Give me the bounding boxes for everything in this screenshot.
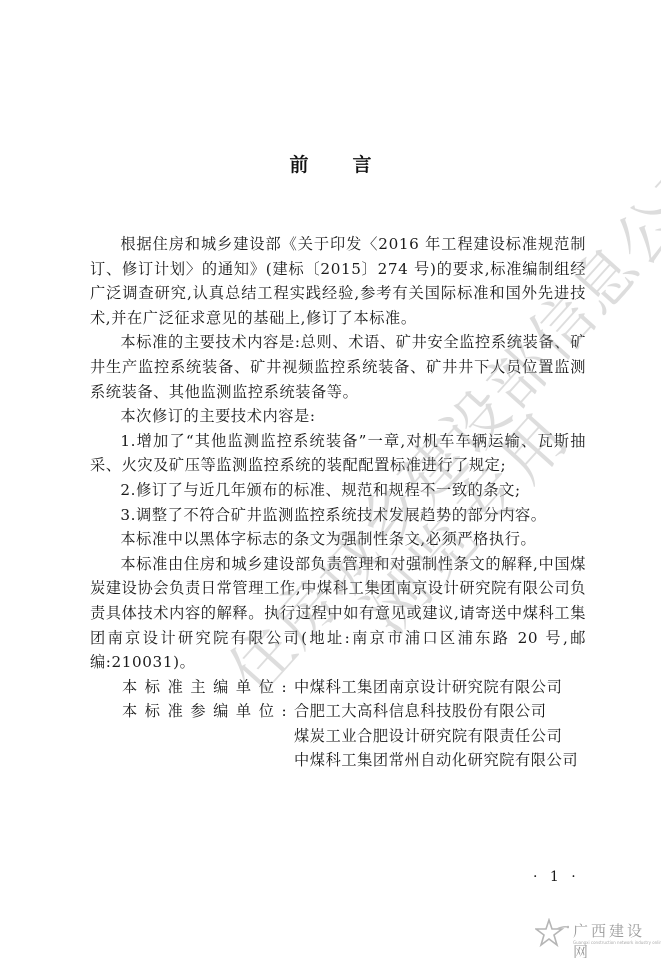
page-number: · 1 · (533, 869, 580, 885)
page-title: 前言 (0, 150, 661, 177)
document-body: 根据住房和城乡建设部《关于印发〈2016 年工程建设标准规范制订、修订计划〉的通… (90, 232, 586, 773)
chief-unit-row: 本标准主编单位: 中煤科工集团南京设计研究院有限公司 (90, 675, 586, 700)
chief-unit-label: 本标准主编单位: (90, 675, 294, 700)
star-logo-icon (535, 918, 569, 948)
paragraph-revision-intro: 本次修订的主要技术内容是: (90, 404, 586, 429)
participating-unit-value: 中煤科工集团常州自动化研究院有限公司 (90, 748, 586, 773)
logo-name: 广西建设网 (573, 920, 661, 958)
paragraph-mandatory-clauses: 本标准中以黑体字标志的条文为强制性条文,必须严格执行。 (90, 527, 586, 552)
paragraph-background: 根据住房和城乡建设部《关于印发〈2016 年工程建设标准规范制订、修订计划〉的通… (90, 232, 586, 330)
logo-subtitle: Guangxi construction network industry on… (573, 940, 661, 945)
paragraph-revision-item-3: 3.调整了不符合矿井监测监控系统技术发展趋势的部分内容。 (90, 503, 586, 528)
paragraph-management: 本标准由住房和城乡建设部负责管理和对强制性条文的解释,中国煤炭建设协会负责日常管… (90, 552, 586, 675)
participating-unit-row: 本标准参编单位: 合肥工大高科信息科技股份有限公司 (90, 699, 586, 724)
editing-units: 本标准主编单位: 中煤科工集团南京设计研究院有限公司 本标准参编单位: 合肥工大… (90, 675, 586, 773)
paragraph-main-content: 本标准的主要技术内容是:总则、术语、矿井安全监控系统装备、矿井生产监控系统装备、… (90, 330, 586, 404)
chief-unit-value: 中煤科工集团南京设计研究院有限公司 (294, 675, 562, 700)
document-page: 前言 根据住房和城乡建设部《关于印发〈2016 年工程建设标准规范制订、修订计划… (0, 0, 661, 958)
participating-unit-label: 本标准参编单位: (90, 699, 294, 724)
participating-unit-value: 合肥工大高科信息科技股份有限公司 (294, 699, 547, 724)
site-logo: 广西建设网 Guangxi construction network indus… (535, 918, 661, 954)
paragraph-revision-item-1: 1.增加了“其他监测监控系统装备”一章,对机车车辆运输、瓦斯抽采、火灾及矿压等监… (90, 429, 586, 478)
participating-unit-value: 煤炭工业合肥设计研究院有限责任公司 (90, 724, 586, 749)
paragraph-revision-item-2: 2.修订了与近几年颁布的标准、规范和规程不一致的条文; (90, 478, 586, 503)
